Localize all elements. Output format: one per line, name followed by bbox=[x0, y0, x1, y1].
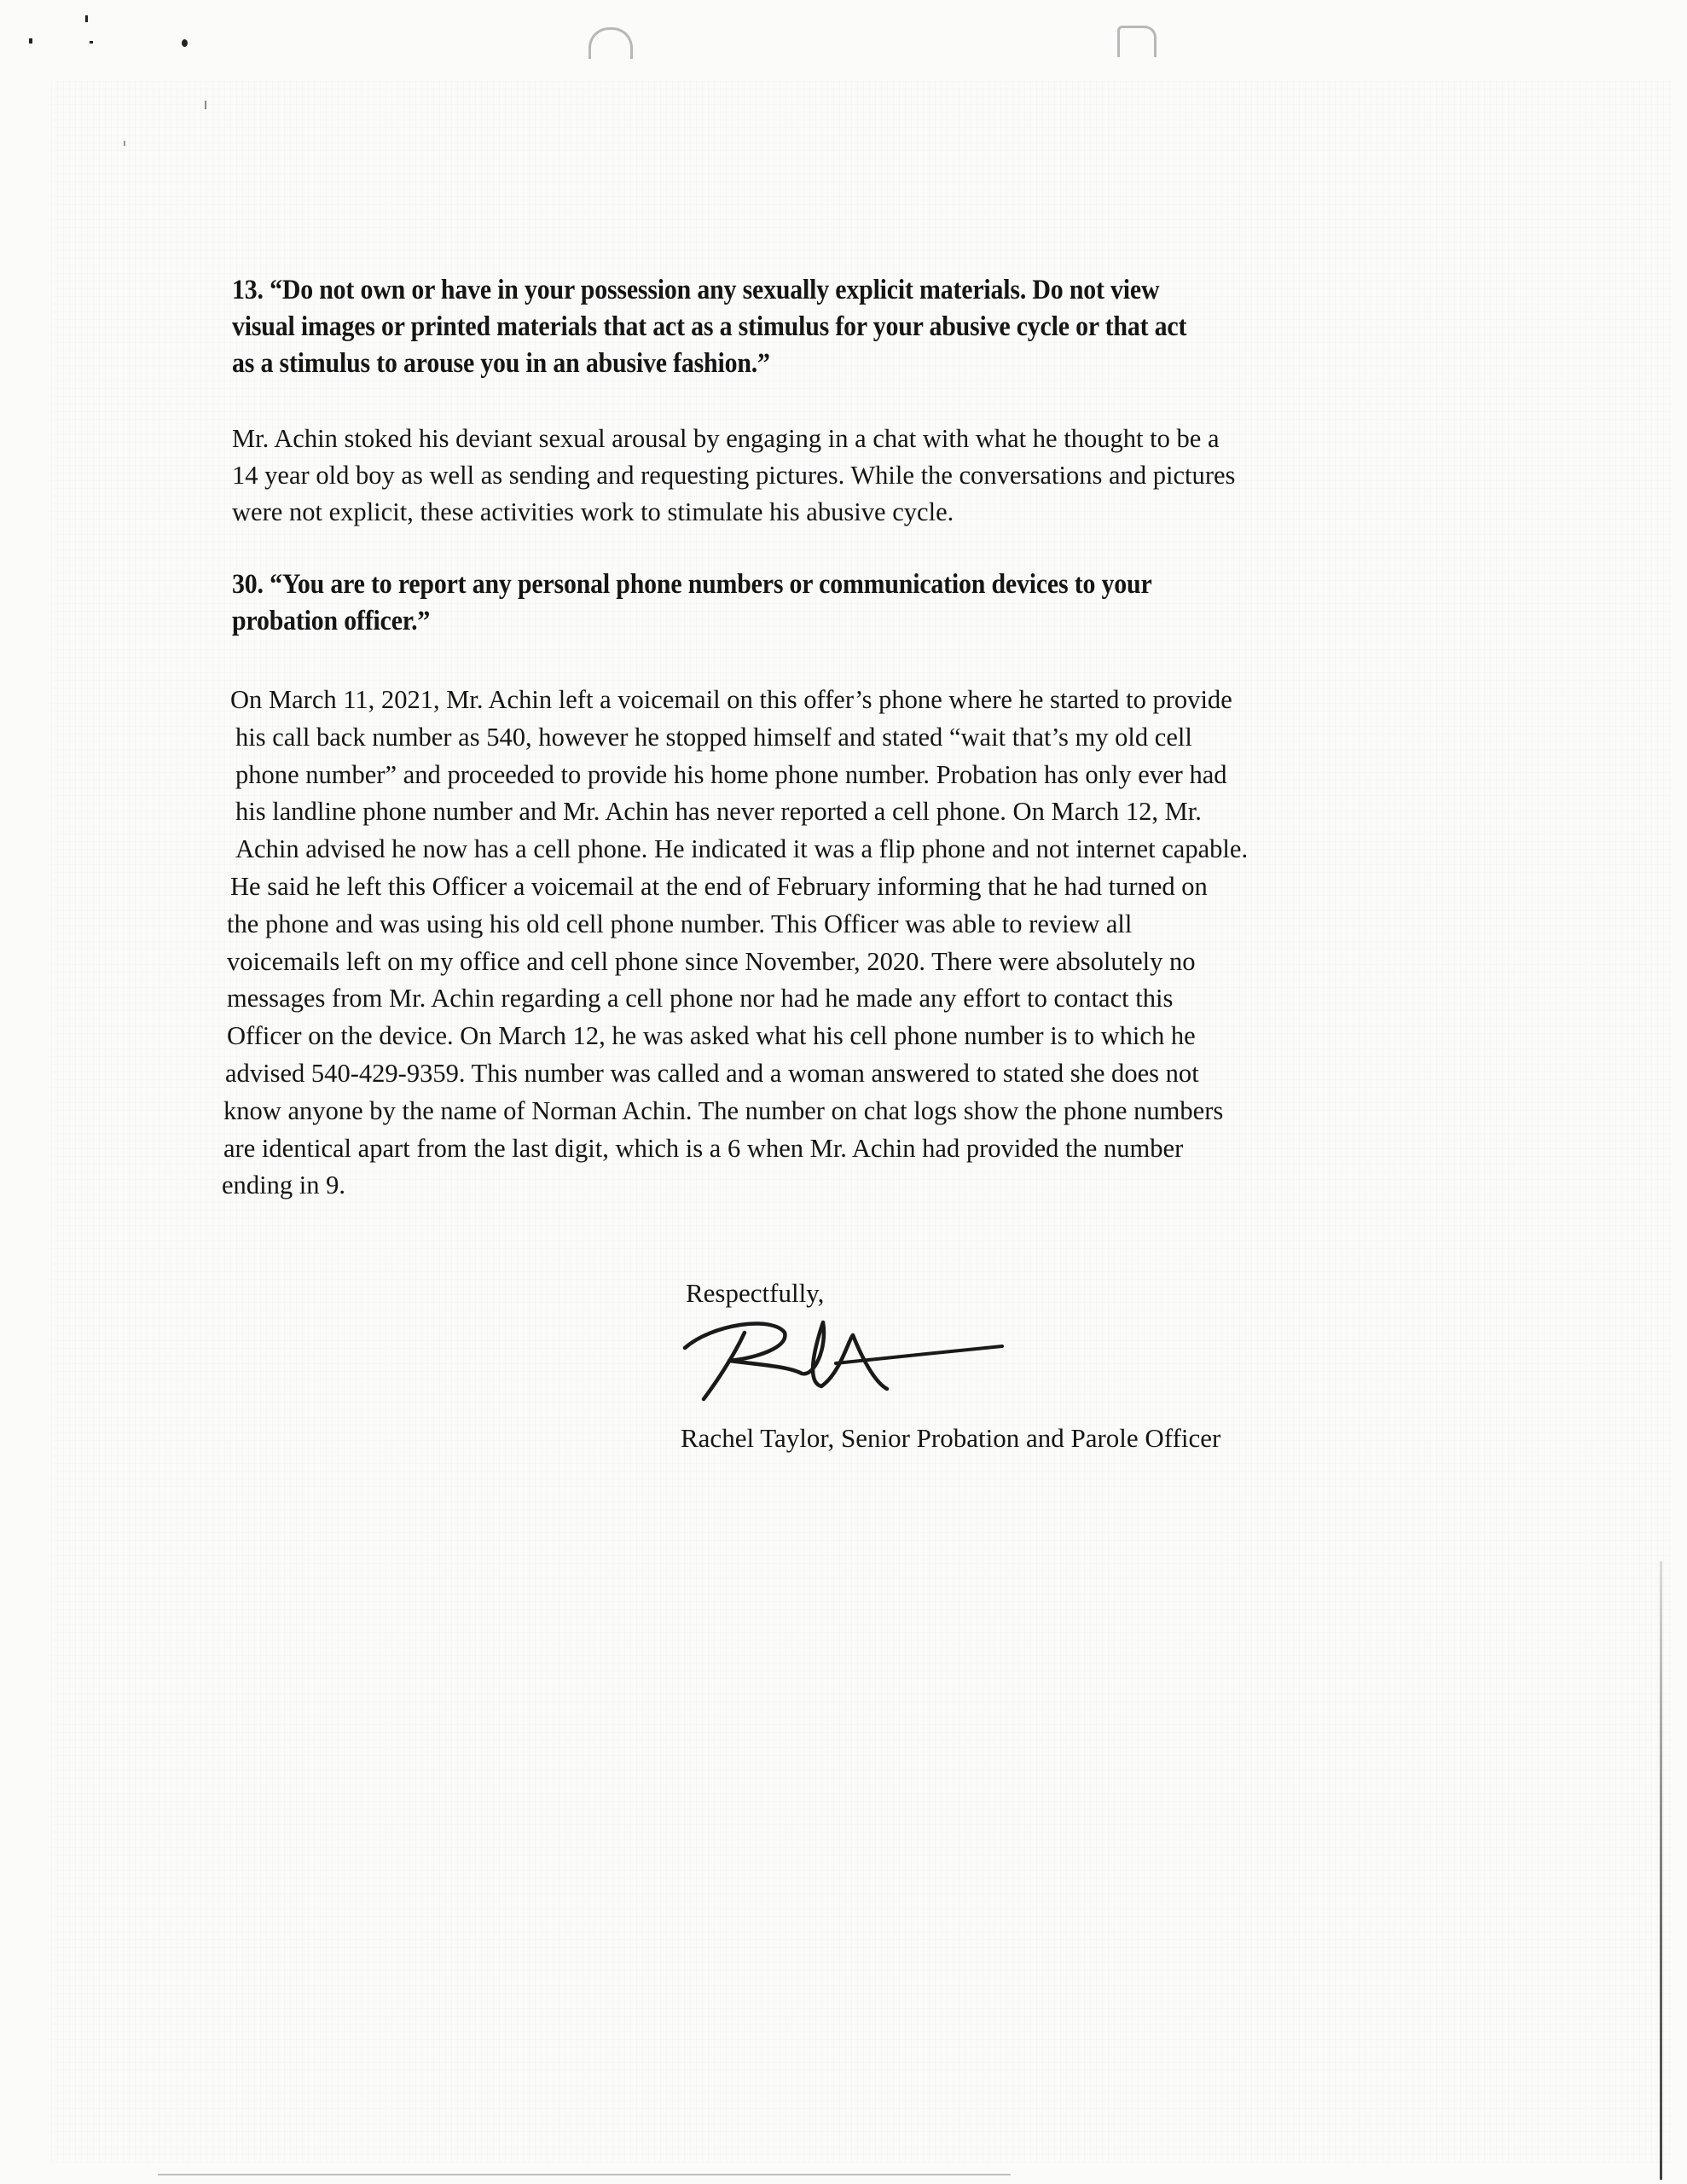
heading-line: as a stimulus to arouse you in an abusiv… bbox=[232, 348, 770, 380]
paragraph-line: phone number” and proceeded to provide h… bbox=[235, 759, 1227, 790]
punch-hole-mark bbox=[1117, 26, 1157, 57]
scan-edge-line bbox=[158, 2174, 1011, 2175]
salutation: Respectfully, bbox=[686, 1278, 824, 1309]
scan-speck bbox=[205, 101, 206, 109]
signature bbox=[678, 1314, 1019, 1408]
heading-line: visual images or printed materials that … bbox=[232, 311, 1186, 343]
paragraph-line: On March 11, 2021, Mr. Achin left a voic… bbox=[230, 684, 1232, 715]
scan-speck bbox=[124, 141, 125, 146]
paragraph-line: He said he left this Officer a voicemail… bbox=[230, 871, 1208, 902]
heading-line: 30. “You are to report any personal phon… bbox=[232, 569, 1152, 601]
paragraph-line: ending in 9. bbox=[222, 1170, 345, 1200]
paragraph-line: 14 year old boy as well as sending and r… bbox=[232, 460, 1235, 491]
punch-hole-mark bbox=[588, 27, 633, 59]
paragraph-line: the phone and was using his old cell pho… bbox=[227, 909, 1132, 939]
paragraph-line: Officer on the device. On March 12, he w… bbox=[227, 1020, 1196, 1051]
paragraph-line: are identical apart from the last digit,… bbox=[223, 1133, 1183, 1164]
paragraph-line: voicemails left on my office and cell ph… bbox=[227, 946, 1196, 977]
paragraph-line: Achin advised he now has a cell phone. H… bbox=[235, 834, 1248, 864]
heading-line: probation officer.” bbox=[232, 606, 430, 637]
scan-edge-line bbox=[1660, 1561, 1662, 2180]
scan-speck bbox=[29, 38, 32, 44]
signer-name-title: Rachel Taylor, Senior Probation and Paro… bbox=[681, 1423, 1220, 1454]
paragraph-line: his landline phone number and Mr. Achin … bbox=[235, 796, 1202, 827]
scan-speck bbox=[182, 39, 188, 47]
paragraph-line: advised 540-429-9359. This number was ca… bbox=[225, 1058, 1199, 1089]
paragraph-line: know anyone by the name of Norman Achin.… bbox=[223, 1095, 1223, 1126]
heading-line: 13. “Do not own or have in your possessi… bbox=[232, 275, 1159, 306]
paragraph-line: Mr. Achin stoked his deviant sexual arou… bbox=[232, 423, 1220, 454]
paragraph-line: were not explicit, these activities work… bbox=[232, 497, 954, 527]
paragraph-line: his call back number as 540, however he … bbox=[235, 722, 1192, 752]
scan-speck bbox=[85, 15, 88, 22]
scan-speck bbox=[90, 41, 93, 44]
paragraph-line: messages from Mr. Achin regarding a cell… bbox=[227, 983, 1173, 1014]
